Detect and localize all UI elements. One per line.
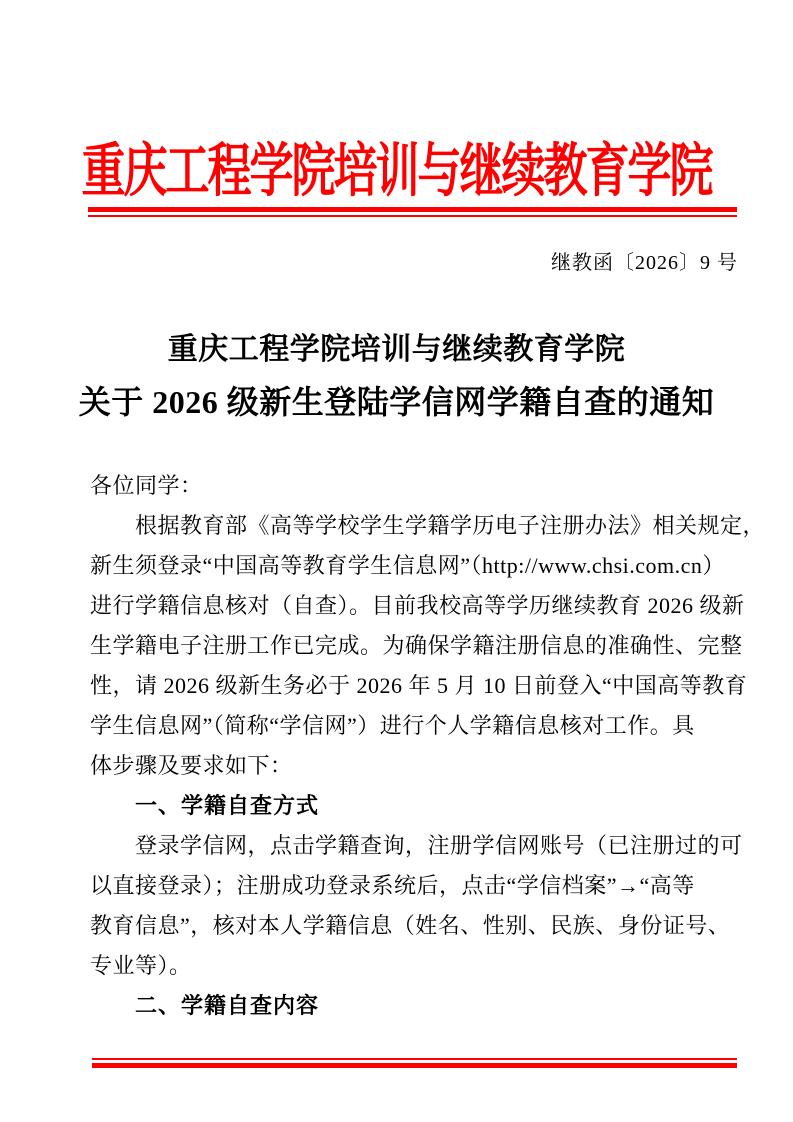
document-title-line1: 重庆工程学院培训与继续教育学院 bbox=[0, 324, 793, 368]
letterhead-org-name-text: 重庆工程学院培训与继续教育学院 bbox=[82, 123, 712, 207]
letterhead-divider-line bbox=[88, 207, 737, 217]
document-number: 继教函〔2026〕9 号 bbox=[90, 246, 738, 275]
body-text-line: 学生信息网”（简称“学信网”）进行个人学籍信息核对工作。具 bbox=[90, 706, 745, 746]
document-body: 各位同学： 根据教育部《高等学校学生学籍学历电子注册办法》相关规定， 新生须登录… bbox=[90, 466, 745, 1026]
section-heading-1: 一、学籍自查方式 bbox=[90, 786, 745, 826]
footer-divider-line bbox=[92, 1058, 737, 1068]
body-text-line: 专业等）。 bbox=[90, 946, 745, 986]
body-text-line: 性，请 2026 级新生务必于 2026 年 5 月 10 日前登入“中国高等教… bbox=[90, 666, 745, 706]
salutation-line: 各位同学： bbox=[90, 466, 745, 506]
body-text-line: 体步骤及要求如下： bbox=[90, 746, 745, 786]
body-text-line: 以直接登录）；注册成功登录系统后，点击“学信档案”→“高等 bbox=[90, 866, 745, 906]
body-text-line: 教育信息”，核对本人学籍信息（姓名、性别、民族、身份证号、 bbox=[90, 906, 745, 946]
letterhead-org-name: 重庆工程学院培训与继续教育学院 bbox=[0, 125, 793, 189]
body-text-line: 进行学籍信息核对（自查）。目前我校高等学历继续教育 2026 级新 bbox=[90, 586, 745, 626]
body-text-line: 生学籍电子注册工作已完成。为确保学籍注册信息的准确性、完整 bbox=[90, 626, 745, 666]
document-page: 重庆工程学院培训与继续教育学院 继教函〔2026〕9 号 重庆工程学院培训与继续… bbox=[0, 0, 793, 1122]
body-text-line: 新生须登录“中国高等教育学生信息网”（http://www.chsi.com.c… bbox=[90, 546, 745, 586]
section-heading-2: 二、学籍自查内容 bbox=[90, 986, 745, 1026]
document-title-line2: 关于 2026 级新生登陆学信网学籍自查的通知 bbox=[0, 377, 793, 423]
body-text-line: 根据教育部《高等学校学生学籍学历电子注册办法》相关规定， bbox=[90, 506, 745, 546]
body-text-line: 登录学信网，点击学籍查询，注册学信网账号（已注册过的可 bbox=[90, 826, 745, 866]
